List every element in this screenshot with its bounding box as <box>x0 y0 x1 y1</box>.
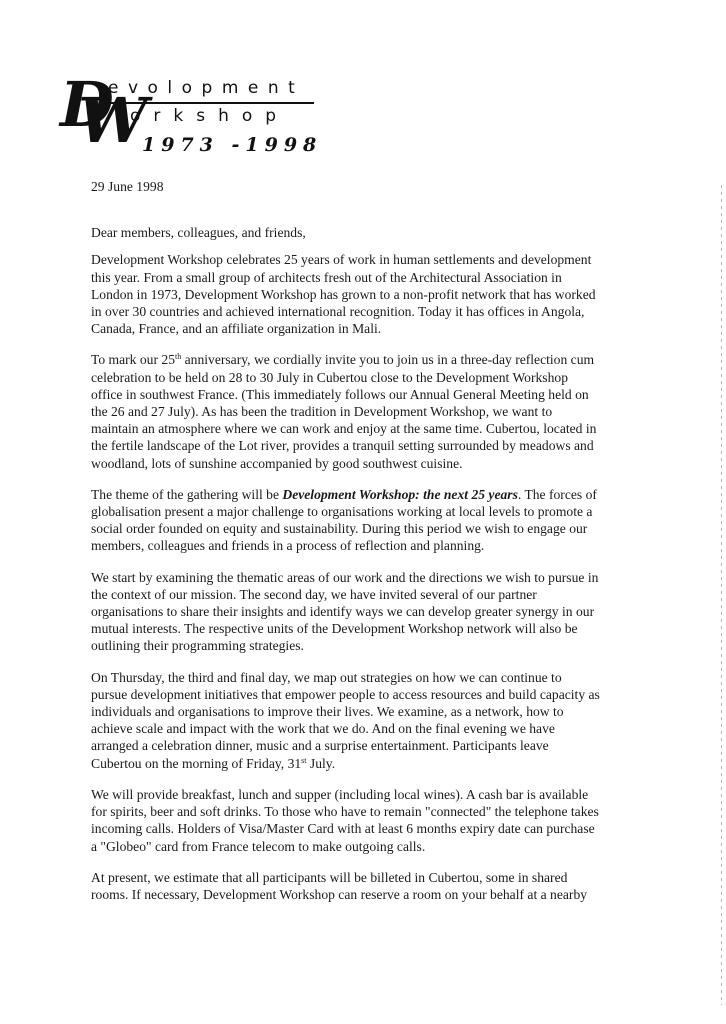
text-line: office in southwest France. (This immedi… <box>91 386 701 403</box>
theme-title: Development Workshop: the next 25 years <box>282 487 518 502</box>
text-line: woodland, lots of sunshine accompanied b… <box>91 455 701 472</box>
text-line: rooms. If necessary, Development Worksho… <box>91 886 701 903</box>
logo-wordmark-development: evolopment <box>108 78 304 98</box>
logo-divider <box>108 102 314 104</box>
text-fragment: July. <box>307 756 336 771</box>
text-line: arranged a celebration dinner, music and… <box>91 737 701 754</box>
text-line: the 26 and 27 July). As has been the tra… <box>91 403 701 420</box>
letter-body: 29 June 1998 Dear members, colleagues, a… <box>91 178 701 917</box>
text-line: Development Workshop celebrates 25 years… <box>91 251 701 268</box>
text-line: We start by examining the thematic areas… <box>91 569 701 586</box>
paragraph-final-day: On Thursday, the third and final day, we… <box>91 669 701 772</box>
letter-salutation: Dear members, colleagues, and friends, <box>91 224 701 241</box>
text-line: mutual interests. The respective units o… <box>91 620 701 637</box>
letterhead-logo: D W evolopment orkshop 1973 -1998 <box>60 72 320 162</box>
text-line: social order founded on equity and susta… <box>91 520 701 537</box>
text-fragment: To mark our 25 <box>91 352 175 367</box>
text-line: maintain an atmosphere where we can work… <box>91 420 701 437</box>
text-line: incoming calls. Holders of Visa/Master C… <box>91 820 701 837</box>
text-line: this year. From a small group of archite… <box>91 269 701 286</box>
text-line: At present, we estimate that all partici… <box>91 869 701 886</box>
text-line: the context of our mission. The second d… <box>91 586 701 603</box>
text-line: To mark our 25th anniversary, we cordial… <box>91 351 701 368</box>
text-line: achieve scale and impact with the work t… <box>91 720 701 737</box>
text-fragment: Cubertou on the morning of Friday, 31 <box>91 756 301 771</box>
text-line: outlining their programming strategies. <box>91 637 701 654</box>
text-line: globalisation present a major challenge … <box>91 503 701 520</box>
text-line: the fertile landscape of the Lot river, … <box>91 437 701 454</box>
text-line: in over 30 countries and achieved intern… <box>91 303 701 320</box>
logo-wordmark-workshop: orkshop <box>130 106 289 126</box>
text-line: Canada, France, and an affiliate organiz… <box>91 320 701 337</box>
paragraph-accommodation: At present, we estimate that all partici… <box>91 869 701 903</box>
letter-page: D W evolopment orkshop 1973 -1998 29 Jun… <box>0 0 726 1024</box>
paragraph-invitation: To mark our 25th anniversary, we cordial… <box>91 351 701 471</box>
text-line: individuals and organisations to improve… <box>91 703 701 720</box>
scan-edge-artifact <box>721 185 722 1005</box>
text-line: organisations to share their insights an… <box>91 603 701 620</box>
text-line: celebration to be held on 28 to 30 July … <box>91 369 701 386</box>
text-fragment: The theme of the gathering will be <box>91 487 282 502</box>
text-line: The theme of the gathering will be Devel… <box>91 486 701 503</box>
text-fragment: anniversary, we cordially invite you to … <box>181 352 594 367</box>
text-line: pursue development initiatives that empo… <box>91 686 701 703</box>
text-line: for spirits, beer and soft drinks. To th… <box>91 803 701 820</box>
text-line: a "Globeo" card from France telecom to m… <box>91 838 701 855</box>
text-fragment: . The forces of <box>518 487 597 502</box>
text-line: London in 1973, Development Workshop has… <box>91 286 701 303</box>
paragraph-catering: We will provide breakfast, lunch and sup… <box>91 786 701 855</box>
paragraph-programme: We start by examining the thematic areas… <box>91 569 701 655</box>
text-line: We will provide breakfast, lunch and sup… <box>91 786 701 803</box>
text-line: On Thursday, the third and final day, we… <box>91 669 701 686</box>
logo-anniversary-years: 1973 -1998 <box>142 134 322 156</box>
text-line: members, colleagues and friends in a pro… <box>91 537 701 554</box>
paragraph-intro: Development Workshop celebrates 25 years… <box>91 251 701 337</box>
letter-date: 29 June 1998 <box>91 178 701 195</box>
text-line: Cubertou on the morning of Friday, 31st … <box>91 755 701 772</box>
paragraph-theme: The theme of the gathering will be Devel… <box>91 486 701 555</box>
